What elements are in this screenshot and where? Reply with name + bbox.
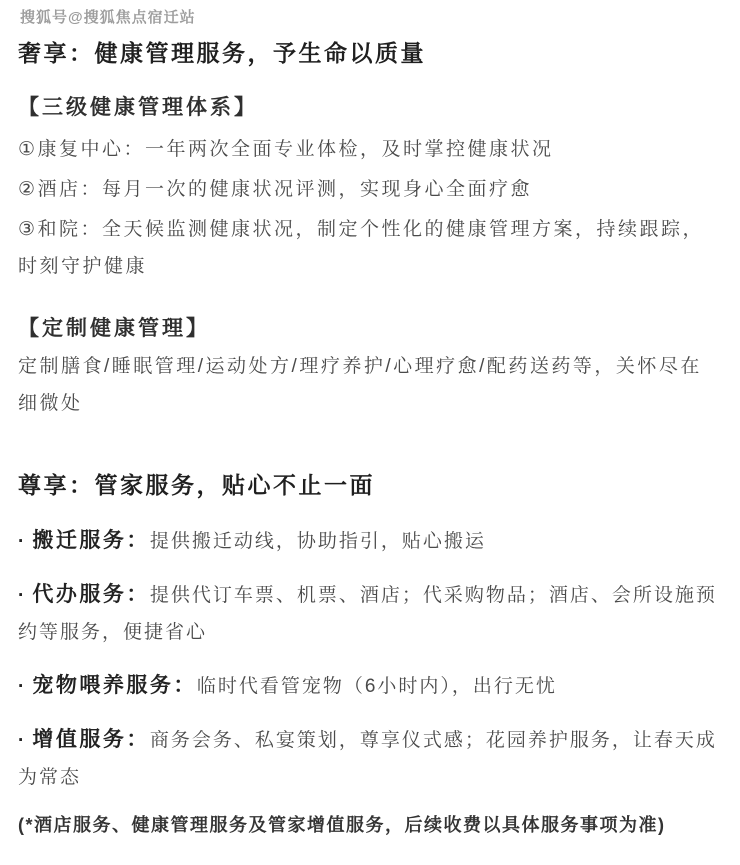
custom-health-paragraph: 定制膳食/睡眠管理/运动处方/理疗养护/心理疗愈/配药送药等，关怀尽在细微处 <box>18 348 722 422</box>
tier-item-heyuan: ③和院：全天候监测健康状况，制定个性化的健康管理方案，持续跟踪，时刻守护健康 <box>18 211 722 285</box>
tier-item-rehab-center: ①康复中心：一年两次全面专业体检，及时掌控健康状况 <box>18 131 722 168</box>
bullet-dot: · <box>18 668 26 705</box>
bullet-label-agency: 代办服务： <box>32 583 150 606</box>
footnote-disclaimer: (*酒店服务、健康管理服务及管家增值服务，后续收费以具体服务事项为准) <box>18 812 722 838</box>
bullet-label-value-added: 增值服务： <box>32 728 150 751</box>
bullet-text-pet-care: 临时代看管宠物（6小时内），出行无忧 <box>197 676 557 697</box>
tier-list: ①康复中心：一年两次全面专业体检，及时掌控健康状况 ②酒店：每月一次的健康状况评… <box>18 131 722 285</box>
tier-item-hotel: ②酒店：每月一次的健康状况评测，实现身心全面疗愈 <box>18 171 722 208</box>
bullet-dot: · <box>18 577 26 614</box>
subheading-three-tier-system: 【三级健康管理体系】 <box>18 94 722 122</box>
section-heading-health-management: 奢享：健康管理服务，予生命以质量 <box>18 38 722 68</box>
bullet-label-pet-care: 宠物喂养服务： <box>32 674 197 697</box>
bullet-label-moving: 搬迁服务： <box>32 529 150 552</box>
subheading-custom-health: 【定制健康管理】 <box>18 315 722 343</box>
bullet-dot: · <box>18 722 26 759</box>
bullet-value-added-service: ·增值服务：商务会务、私宴策划，尊享仪式感；花园养护服务，让春天成为常态 <box>18 721 722 796</box>
sohu-watermark: 搜狐号@搜狐焦点宿迁站 <box>18 6 722 28</box>
article-page: 搜狐号@搜狐焦点宿迁站 奢享：健康管理服务，予生命以质量 【三级健康管理体系】 … <box>0 0 740 865</box>
bullet-dot: · <box>18 523 26 560</box>
bullet-pet-care-service: ·宠物喂养服务：临时代看管宠物（6小时内），出行无忧 <box>18 667 722 705</box>
butler-service-list: ·搬迁服务：提供搬迁动线，协助指引，贴心搬运 ·代办服务：提供代订车票、机票、酒… <box>18 522 722 796</box>
bullet-text-moving: 提供搬迁动线，协助指引，贴心搬运 <box>150 531 486 552</box>
section-heading-butler-service: 尊享：管家服务，贴心不止一面 <box>18 470 722 500</box>
bullet-agency-service: ·代办服务：提供代订车票、机票、酒店；代采购物品；酒店、会所设施预约等服务，便捷… <box>18 576 722 651</box>
bullet-moving-service: ·搬迁服务：提供搬迁动线，协助指引，贴心搬运 <box>18 522 722 560</box>
